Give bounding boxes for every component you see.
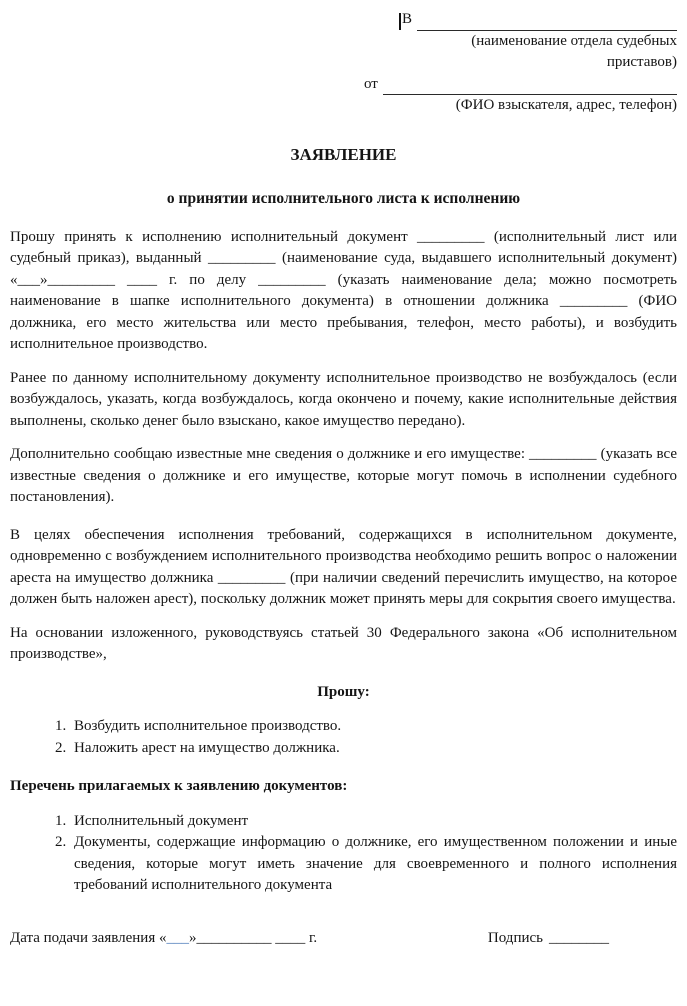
document-page: В (наименование отдела судебных приставо… [0, 0, 687, 1006]
to-blank-line[interactable] [417, 13, 677, 31]
attachments-heading: Перечень прилагаемых к заявлению докумен… [10, 776, 677, 798]
request-list: Возбудить исполнительное производство. Н… [10, 716, 677, 759]
from-blank-line[interactable] [383, 77, 677, 95]
addressee-block: В (наименование отдела судебных приставо… [364, 9, 677, 117]
signature-blank: ________ [549, 930, 609, 946]
paragraph-request-acceptance: Прошу принять к исполнению исполнительны… [10, 227, 677, 356]
filing-date-line: Дата подачи заявления «___»__________ __… [10, 928, 317, 950]
date-rest: »__________ ____ г. [189, 930, 317, 946]
date-day-blank[interactable]: ___ [166, 930, 189, 946]
paragraph-debtor-info: Дополнительно сообщаю известные мне свед… [10, 444, 677, 509]
text-cursor [399, 13, 401, 30]
to-caption: (наименование отдела судебных приставов) [425, 31, 677, 74]
signature-label: Подпись [488, 930, 543, 946]
request-heading: Прошу: [10, 682, 677, 704]
from-prefix: от [364, 74, 383, 96]
document-title: ЗАЯВЛЕНИЕ [10, 144, 677, 166]
attachments-list-item: Исполнительный документ [70, 811, 677, 833]
request-list-item: Возбудить исполнительное производство. [70, 716, 677, 738]
addressee-from-row: от [364, 74, 677, 96]
request-list-item: Наложить арест на имущество должника. [70, 738, 677, 760]
attachments-list: Исполнительный документ Документы, содер… [10, 811, 677, 897]
paragraph-arrest-request: В целях обеспечения исполнения требовани… [10, 525, 677, 611]
footer-row: Дата подачи заявления «___»__________ __… [10, 928, 677, 950]
attachments-list-item: Документы, содержащие информацию о должн… [70, 832, 677, 897]
paragraph-legal-basis: На основании изложенного, руководствуясь… [10, 623, 677, 666]
addressee-to-row: В [399, 9, 677, 31]
paragraph-prior-proceedings: Ранее по данному исполнительному докумен… [10, 368, 677, 433]
to-prefix: В [402, 9, 417, 31]
date-label: Дата подачи заявления « [10, 930, 166, 946]
signature-line: Подпись________ [488, 928, 609, 950]
from-caption: (ФИО взыскателя, адрес, телефон) [364, 95, 677, 117]
document-subtitle: о принятии исполнительного листа к испол… [10, 188, 677, 210]
